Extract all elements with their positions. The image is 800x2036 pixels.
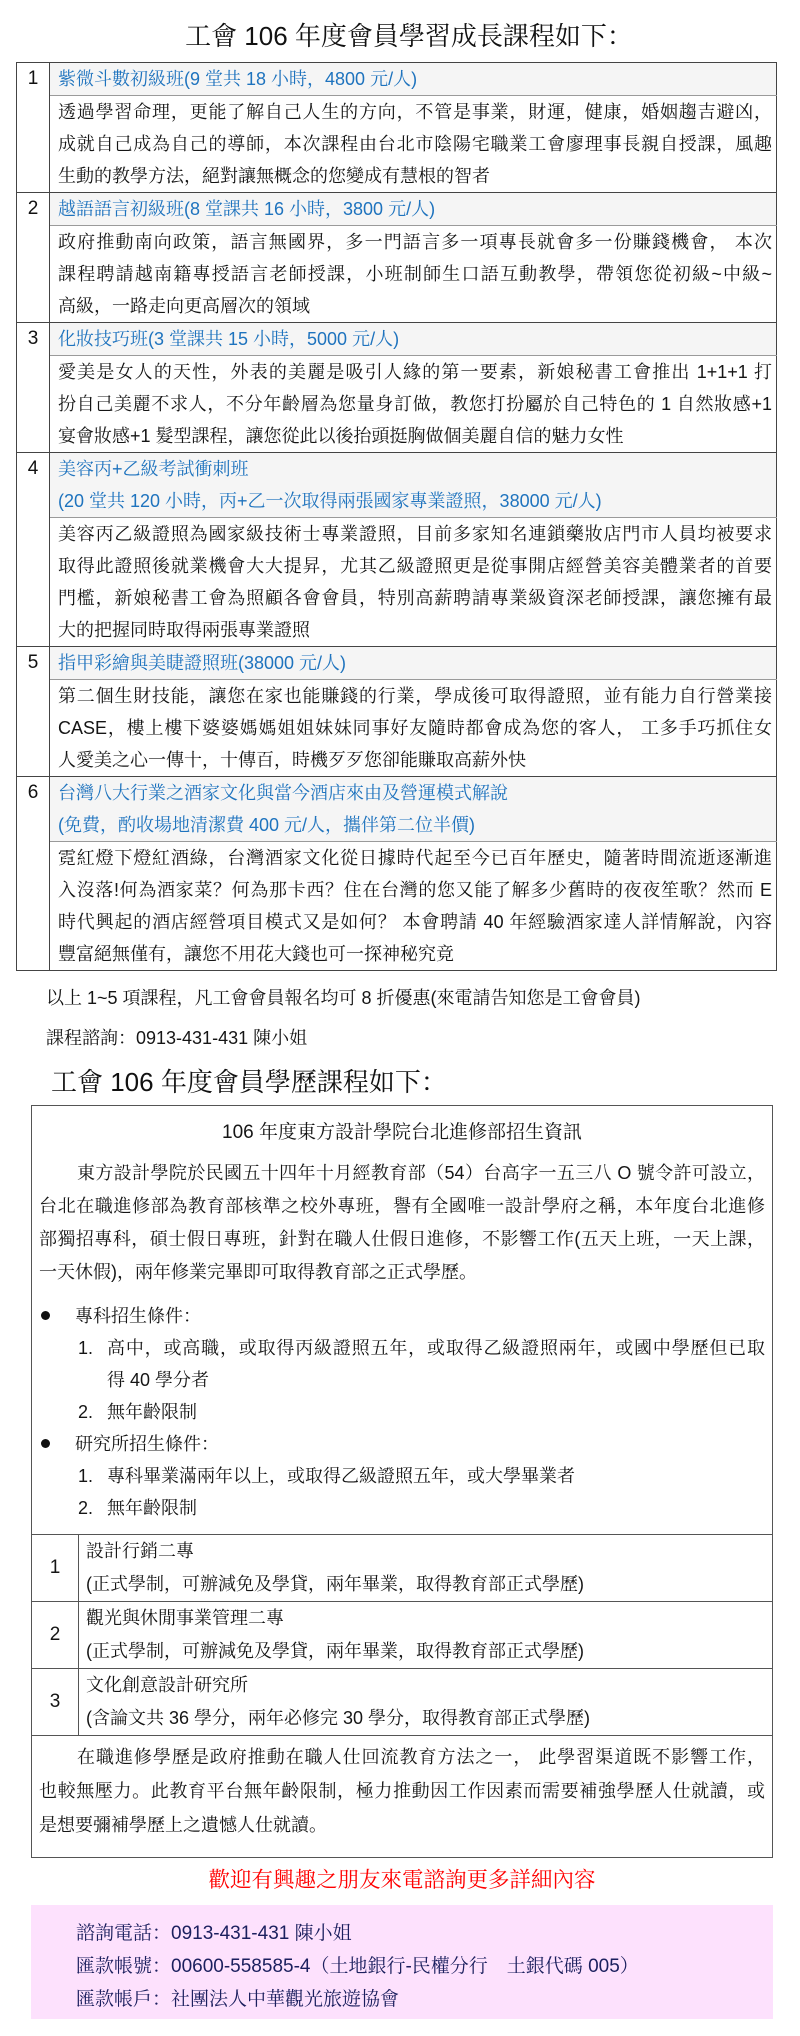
course-title-line: 化妝技巧班(3 堂課共 15 小時，5000 元/人)	[58, 323, 772, 355]
program-name: 設計行銷二專	[86, 1535, 584, 1568]
course-title: 美容丙+乙級考試衝刺班 (20 堂共 120 小時，丙+乙一次取得兩張國家專業證…	[50, 453, 777, 518]
course-header-row: 1 紫微斗數初級班(9 堂共 18 小時，4800 元/人)	[17, 63, 777, 96]
program-info: 觀光與休閒事業管理二專 (正式學制，可辦減免及學貸，兩年畢業，取得教育部正式學歷…	[79, 1602, 584, 1668]
course-title-line: 指甲彩繪與美睫證照班(38000 元/人)	[58, 647, 772, 679]
course-title-line: 越語語言初級班(8 堂課共 16 小時，3800 元/人)	[58, 193, 772, 225]
course-number: 6	[17, 777, 50, 971]
program-name: 觀光與休閒事業管理二專	[86, 1602, 584, 1635]
bullet-icon	[41, 1439, 50, 1448]
course-number: 2	[17, 193, 50, 323]
program-info: 設計行銷二專 (正式學制，可辦減免及學貸，兩年畢業，取得教育部正式學歷)	[79, 1535, 584, 1601]
inquiry-call-to-action: 歡迎有興趣之朋友來電諮詢更多詳細內容	[31, 1866, 773, 1894]
course-table: 1 紫微斗數初級班(9 堂共 18 小時，4800 元/人) 透過學習命理，更能…	[16, 62, 777, 971]
program-row: 2 觀光與休閒事業管理二專 (正式學制，可辦減免及學貸，兩年畢業，取得教育部正式…	[32, 1601, 772, 1668]
admission-requirements: 專科招生條件： 1. 高中，或高職，或取得丙級證照五年，或取得乙級證照兩年，或國…	[39, 1300, 765, 1524]
paragraph-line: 東方設計學院於民國五十四年十月經教育部（54）台高字一五三八 O 號令許可設立，	[39, 1157, 765, 1190]
course-description-line: 宴會妝感+1 髮型課程，讓您從此以後抬頭挺胸做個美麗自信的魅力女性	[58, 420, 772, 452]
course-description: 透過學習命理，更能了解自己人生的方向，不管是事業，財運，健康，婚姻趨吉避凶， 成…	[50, 96, 777, 193]
course-description-line: 大的把握同時取得兩張專業證照	[58, 614, 772, 646]
course-description-line: 透過學習命理，更能了解自己人生的方向，不管是事業，財運，健康，婚姻趨吉避凶，	[58, 96, 772, 128]
program-detail: (含論文共 36 學分，兩年必修完 30 學分，取得教育部正式學歷)	[86, 1702, 590, 1735]
course-description-line: 愛美是女人的天性，外表的美麗是吸引人緣的第一要素，新娘秘書工會推出 1+1+1 …	[58, 356, 772, 388]
course-title-line: 美容丙+乙級考試衝刺班	[58, 453, 772, 485]
course-description: 第二個生財技能，讓您在家也能賺錢的行業，學成後可取得證照，並有能力自行營業接 C…	[50, 680, 777, 777]
requirement-number: 2.	[78, 1396, 93, 1428]
course-body-row: 愛美是女人的天性，外表的美麗是吸引人緣的第一要素，新娘秘書工會推出 1+1+1 …	[17, 356, 777, 453]
requirement-item: 2. 無年齡限制	[39, 1492, 765, 1524]
program-detail: (正式學制，可辦減免及學貸，兩年畢業，取得教育部正式學歷)	[86, 1635, 584, 1668]
course-number: 4	[17, 453, 50, 647]
course-description-line: CASE，樓上樓下婆婆媽媽姐姐妹妹同事好友隨時都會成為您的客人， 工多手巧抓住女	[58, 712, 772, 744]
program-number: 2	[32, 1602, 79, 1668]
course-title-line: (免費，酌收場地清潔費 400 元/人，攜伴第二位半價)	[58, 809, 772, 841]
admission-heading: 106 年度東方設計學院台北進修部招生資訊	[39, 1117, 765, 1149]
paragraph-line: 是想要彌補學歷上之遺憾人仕就讀。	[39, 1808, 765, 1842]
course-notes: 以上 1~5 項課程，凡工會會員報名均可 8 折優惠(來電請告知您是工會會員) …	[46, 978, 641, 1058]
course-description-line: 美容丙乙級證照為國家級技術士專業證照，目前多家知名連鎖藥妝店門市人員均被要求	[58, 518, 772, 550]
course-title-line: 台灣八大行業之酒家文化與當今酒店來由及營運模式解說	[58, 777, 772, 809]
course-description-line: 霓紅燈下燈紅酒綠，台灣酒家文化從日據時代起至今已百年歷史，隨著時間流逝逐漸進	[58, 842, 772, 874]
course-description-line: 生動的教學方法，絕對讓無概念的您變成有慧根的智者	[58, 160, 772, 192]
remittance-payee-label: 匯款帳戶：	[76, 1989, 171, 2010]
course-description: 政府推動南向政策，語言無國界，多一門語言多一項專長就會多一份賺錢機會， 本次 課…	[50, 226, 777, 323]
course-description-line: 門檻，新娘秘書工會為照顧各會會員，特別高薪聘請專業級資深老師授課，讓您擁有最	[58, 582, 772, 614]
course-body-row: 霓紅燈下燈紅酒綠，台灣酒家文化從日據時代起至今已百年歷史，隨著時間流逝逐漸進 入…	[17, 842, 777, 971]
remittance-account-label: 匯款帳號：	[76, 1956, 171, 1977]
program-row: 3 文化創意設計研究所 (含論文共 36 學分，兩年必修完 30 學分，取得教育…	[32, 1668, 772, 1735]
requirement-number: 1.	[78, 1460, 93, 1492]
program-info: 文化創意設計研究所 (含論文共 36 學分，兩年必修完 30 學分，取得教育部正…	[79, 1669, 590, 1735]
course-description-line: 政府推動南向政策，語言無國界，多一門語言多一項專長就會多一份賺錢機會， 本次	[58, 226, 772, 258]
admission-info: 106 年度東方設計學院台北進修部招生資訊 東方設計學院於民國五十四年十月經教育…	[32, 1106, 772, 1524]
contact-info-box: 諮詢電話：0913-431-431 陳小姐 匯款帳號：00600-558585-…	[31, 1905, 773, 2019]
course-body-row: 透過學習命理，更能了解自己人生的方向，不管是事業，財運，健康，婚姻趨吉避凶， 成…	[17, 96, 777, 193]
course-description-line: 扮自己美麗不求人，不分年齡層為您量身訂做，教您打扮屬於自己特色的 1 自然妝感+…	[58, 388, 772, 420]
course-number: 3	[17, 323, 50, 453]
program-row: 1 設計行銷二專 (正式學制，可辦減免及學貸，兩年畢業，取得教育部正式學歷)	[32, 1534, 772, 1601]
requirement-item: 1. 專科畢業滿兩年以上，或取得乙級證照五年，或大學畢業者	[39, 1460, 765, 1492]
course-title: 越語語言初級班(8 堂課共 16 小時，3800 元/人)	[50, 193, 777, 226]
requirement-group-text: 專科招生條件：	[75, 1306, 201, 1326]
requirement-group-label: 專科招生條件：	[39, 1300, 765, 1332]
remittance-payee: 匯款帳戶：社團法人中華觀光旅遊協會	[76, 1983, 773, 2016]
requirement-number: 2.	[78, 1492, 93, 1524]
course-description-line: 入沒落!何為酒家菜？何為那卡西？住在台灣的您又能了解多少舊時的夜夜笙歌？然而 E	[58, 874, 772, 906]
paragraph-line: 部獨招專科，碩士假日專班，針對在職人仕假日進修，不影響工作(五天上班，一天上課，	[39, 1223, 765, 1256]
course-title-line: 紫微斗數初級班(9 堂共 18 小時，4800 元/人)	[58, 63, 772, 95]
course-description: 美容丙乙級證照為國家級技術士專業證照，目前多家知名連鎖藥妝店門市人員均被要求 取…	[50, 518, 777, 647]
course-number: 1	[17, 63, 50, 193]
course-description-line: 課程聘請越南籍專授語言老師授課，小班制師生口語互動教學，帶領您從初級~中級~	[58, 258, 772, 290]
paragraph-line: 一天休假)，兩年修業完畢即可取得教育部之正式學歷。	[39, 1256, 765, 1289]
discount-note: 以上 1~5 項課程，凡工會會員報名均可 8 折優惠(來電請告知您是工會會員)	[46, 978, 641, 1018]
remittance-account: 匯款帳號：00600-558585-4（土地銀行-民權分行 土銀代碼 005）	[76, 1950, 773, 1983]
course-header-row: 3 化妝技巧班(3 堂課共 15 小時，5000 元/人)	[17, 323, 777, 356]
requirement-group-text: 研究所招生條件：	[75, 1434, 219, 1454]
course-title-line: (20 堂共 120 小時，丙+乙一次取得兩張國家專業證照，38000 元/人)	[58, 485, 772, 517]
requirement-text: 無年齡限制	[107, 1402, 197, 1422]
bullet-icon	[41, 1311, 50, 1320]
course-body-row: 政府推動南向政策，語言無國界，多一門語言多一項專長就會多一份賺錢機會， 本次 課…	[17, 226, 777, 323]
paragraph-line: 台北在職進修部為教育部核準之校外專班，譽有全國唯一設計學府之稱，本年度台北進修	[39, 1190, 765, 1223]
program-name: 文化創意設計研究所	[86, 1669, 590, 1702]
paragraph-line: 也較無壓力。此教育平台無年齡限制，極力推動因工作因素而需要補強學歷人仕就讀，或	[39, 1774, 765, 1808]
course-description-line: 第二個生財技能，讓您在家也能賺錢的行業，學成後可取得證照，並有能力自行營業接	[58, 680, 772, 712]
course-description: 愛美是女人的天性，外表的美麗是吸引人緣的第一要素，新娘秘書工會推出 1+1+1 …	[50, 356, 777, 453]
course-header-row: 5 指甲彩繪與美睫證照班(38000 元/人)	[17, 647, 777, 680]
course-description-line: 時代興起的酒店經營項目模式又是如何？ 本會聘請 40 年經驗酒家達人詳情解說，內…	[58, 906, 772, 938]
requirement-text: 高中，或高職，或取得丙級證照五年，或取得乙級證照兩年，或國中學歷但已取	[107, 1338, 765, 1358]
school-intro-paragraph: 東方設計學院於民國五十四年十月經教育部（54）台高字一五三八 O 號令許可設立，…	[39, 1157, 765, 1289]
course-title: 紫微斗數初級班(9 堂共 18 小時，4800 元/人)	[50, 63, 777, 96]
requirement-text: 無年齡限制	[107, 1498, 197, 1518]
course-body-row: 第二個生財技能，讓您在家也能賺錢的行業，學成後可取得證照，並有能力自行營業接 C…	[17, 680, 777, 777]
closing-paragraph: 在職進修學歷是政府推動在職人仕回流教育方法之一， 此學習渠道既不影響工作， 也較…	[32, 1735, 772, 1857]
requirement-group-label: 研究所招生條件：	[39, 1428, 765, 1460]
requirement-item: 2. 無年齡限制	[39, 1396, 765, 1428]
requirement-text: 得 40 學分者	[107, 1370, 209, 1390]
course-header-row: 4 美容丙+乙級考試衝刺班 (20 堂共 120 小時，丙+乙一次取得兩張國家專…	[17, 453, 777, 518]
section2-title: 工會 106 年度會員學歷課程如下：	[51, 1065, 447, 1099]
requirement-number: 1.	[78, 1332, 93, 1364]
contact-phone-value: 0913-431-431 陳小姐	[171, 1923, 352, 1944]
requirement-item: 1. 高中，或高職，或取得丙級證照五年，或取得乙級證照兩年，或國中學歷但已取	[39, 1332, 765, 1364]
program-number: 3	[32, 1669, 79, 1735]
program-number: 1	[32, 1535, 79, 1601]
course-description-line: 成就自己成為自己的導師，本次課程由台北市陰陽宅職業工會廖理事長親自授課，風趣	[58, 128, 772, 160]
degree-program-box: 106 年度東方設計學院台北進修部招生資訊 東方設計學院於民國五十四年十月經教育…	[31, 1105, 773, 1858]
course-number: 5	[17, 647, 50, 777]
course-title: 指甲彩繪與美睫證照班(38000 元/人)	[50, 647, 777, 680]
course-header-row: 6 台灣八大行業之酒家文化與當今酒店來由及營運模式解說 (免費，酌收場地清潔費 …	[17, 777, 777, 842]
contact-phone-label: 諮詢電話：	[76, 1923, 171, 1944]
remittance-payee-value: 社團法人中華觀光旅遊協會	[171, 1989, 399, 2010]
course-description-line: 豐富絕無僅有，讓您不用花大錢也可一探神秘究竟	[58, 938, 772, 970]
course-description: 霓紅燈下燈紅酒綠，台灣酒家文化從日據時代起至今已百年歷史，隨著時間流逝逐漸進 入…	[50, 842, 777, 971]
course-header-row: 2 越語語言初級班(8 堂課共 16 小時，3800 元/人)	[17, 193, 777, 226]
course-title: 台灣八大行業之酒家文化與當今酒店來由及營運模式解說 (免費，酌收場地清潔費 40…	[50, 777, 777, 842]
paragraph-line: 在職進修學歷是政府推動在職人仕回流教育方法之一， 此學習渠道既不影響工作，	[39, 1740, 765, 1774]
course-inquiry-note: 課程諮詢：0913-431-431 陳小姐	[46, 1018, 641, 1058]
course-title: 化妝技巧班(3 堂課共 15 小時，5000 元/人)	[50, 323, 777, 356]
program-detail: (正式學制，可辦減免及學貸，兩年畢業，取得教育部正式學歷)	[86, 1568, 584, 1601]
course-description-line: 高級，一路走向更高層次的領域	[58, 290, 772, 322]
contact-phone: 諮詢電話：0913-431-431 陳小姐	[76, 1917, 773, 1950]
requirement-text: 專科畢業滿兩年以上，或取得乙級證照五年，或大學畢業者	[107, 1466, 575, 1486]
requirement-item-continuation: 得 40 學分者	[39, 1364, 765, 1396]
course-description-line: 人愛美之心一傳十，十傳百，時機歹歹您卻能賺取高薪外快	[58, 744, 772, 776]
course-description-line: 取得此證照後就業機會大大提昇，尤其乙級證照更是從事開店經營美容美體業者的首要	[58, 550, 772, 582]
course-body-row: 美容丙乙級證照為國家級技術士專業證照，目前多家知名連鎖藥妝店門市人員均被要求 取…	[17, 518, 777, 647]
remittance-account-value: 00600-558585-4（土地銀行-民權分行 土銀代碼 005）	[171, 1956, 639, 1977]
section1-title: 工會 106 年度會員學習成長課程如下：	[18, 19, 800, 53]
